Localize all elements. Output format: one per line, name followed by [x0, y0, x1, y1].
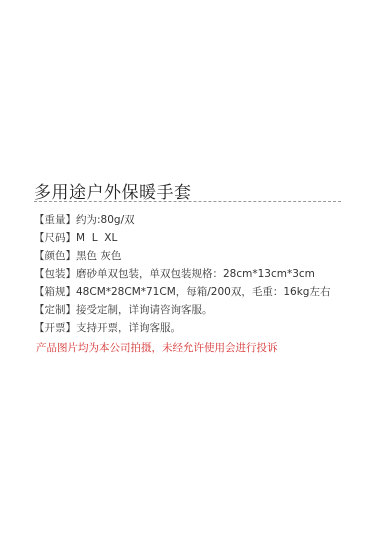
spec-row-size: 【尺码】M L XL [34, 229, 354, 247]
spec-row-carton: 【箱规】48CM*28CM*71CM，每箱/200双，毛重：16kg左右 [34, 283, 354, 301]
spec-list: 【重量】约为:80g/双 【尺码】M L XL 【颜色】黑色 灰色 【包装】磨砂… [34, 211, 354, 337]
spec-row-color: 【颜色】黑色 灰色 [34, 247, 354, 265]
spec-value: 磨砂单双包装，单双包装规格：28cm*13cm*3cm [76, 268, 315, 280]
spec-value: 支持开票，详询客服。 [76, 322, 181, 334]
spec-row-packaging: 【包装】磨砂单双包装，单双包装规格：28cm*13cm*3cm [34, 265, 354, 283]
spec-label: 【尺码】 [34, 232, 76, 244]
spec-label: 【箱规】 [34, 286, 76, 298]
spec-value: 约为:80g/双 [76, 214, 135, 226]
spec-value: 48CM*28CM*71CM，每箱/200双，毛重：16kg左右 [76, 286, 330, 298]
spec-label: 【定制】 [34, 304, 76, 316]
spec-label: 【开票】 [34, 322, 76, 334]
copyright-notice: 产品图片均为本公司拍摄，未经允许使用会进行投诉 [36, 340, 278, 355]
spec-row-customization: 【定制】接受定制，详询请咨询客服。 [34, 301, 354, 319]
spec-row-invoice: 【开票】支持开票，详询客服。 [34, 319, 354, 337]
spec-label: 【颜色】 [34, 250, 76, 262]
spec-value: 黑色 灰色 [76, 250, 121, 262]
dashed-divider [34, 201, 341, 202]
spec-label: 【重量】 [34, 214, 76, 226]
spec-row-weight: 【重量】约为:80g/双 [34, 211, 354, 229]
spec-value: M L XL [76, 232, 117, 244]
product-title: 多用途户外保暖手套 [34, 178, 192, 203]
spec-value: 接受定制，详询请咨询客服。 [76, 304, 213, 316]
spec-label: 【包装】 [34, 268, 76, 280]
